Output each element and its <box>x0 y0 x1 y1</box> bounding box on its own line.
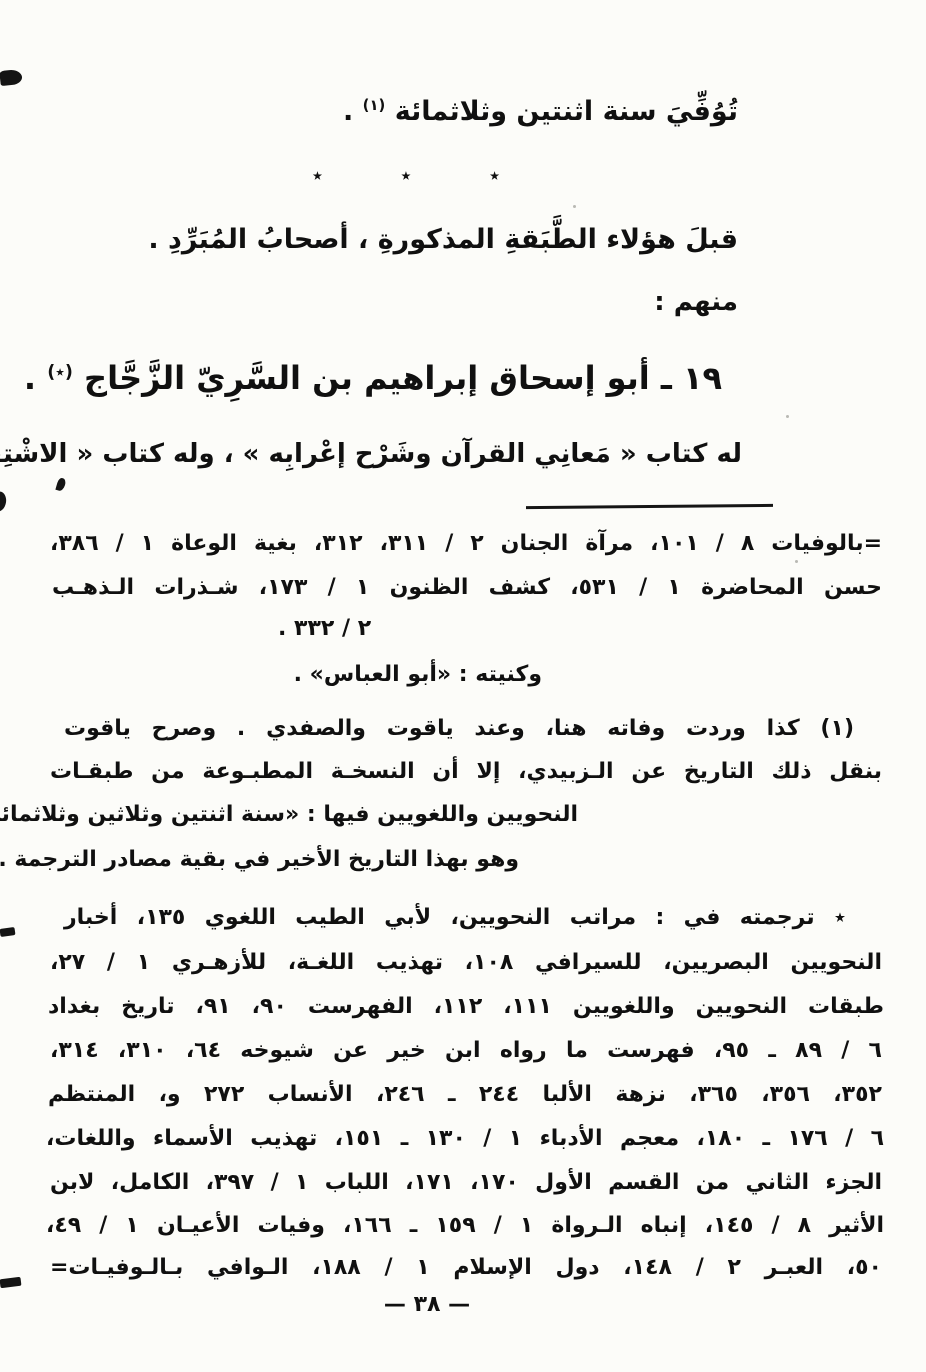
scanned-book-page: تُوُفِّيَ سنة اثنتين وثلاثمائة (١) . ٭ ٭… <box>0 0 926 1372</box>
page-number: — ٣٨ — <box>347 1292 507 1317</box>
tabaqa-intro-line: قبلَ هؤلاء الطَّبَقةِ المذكورةِ ، أصحابُ… <box>148 220 738 259</box>
footnote-1-reference-mark: (١) <box>363 96 386 114</box>
star-footnote-line-7: الجزء الثاني من القسم الأول ١٧٠، ١٧١، ال… <box>50 1166 882 1199</box>
star-footnote-line-6: ٦ / ١٧٦ ـ ١٨٠، معجم الأدباء ١ / ١٣٠ ـ ١٥… <box>46 1122 884 1155</box>
entry-number: ١٩ <box>683 359 722 397</box>
footnote-1-line-3: النحويين واللغويين فيها : «سنة اثنتين وث… <box>0 798 578 831</box>
entry-heading: ١٩ ـ أبو إسحاق إبراهيم بن السَّرِيّ الزَ… <box>24 355 722 401</box>
asterisk-icon: ٭ <box>312 163 323 187</box>
scan-speck <box>795 560 798 563</box>
death-year-text: تُوُفِّيَ سنة اثنتين وثلاثمائة <box>395 96 738 127</box>
star-footnote-line-9: ٥٠، العبـر ٢ / ١٤٨، دول الإسلام ١ / ١٨٨،… <box>50 1251 882 1284</box>
scan-speck <box>573 205 576 208</box>
footnote-1-line-1: (١) كذا وردت وفاته هنا، وعند ياقوت والصف… <box>64 712 854 745</box>
ink-mark <box>0 69 23 86</box>
asterisk-icon: ٭ <box>489 163 500 187</box>
scan-speck <box>786 415 789 418</box>
ink-mark <box>0 491 8 512</box>
footnote-continuation-line-3: ٢ / ٣٣٢ . <box>278 612 371 645</box>
footnote-1-line-4: وهو بهذا التاريخ الأخير في بقية مصادر ال… <box>0 843 519 876</box>
footnote-continuation-line-1: =بالوفيات ٨ / ١٠١، مرآة الجنان ٢ / ٣١١، … <box>50 527 882 560</box>
kunya-line: وكنيته : «أبو العباس» . <box>294 658 542 691</box>
ink-mark <box>0 1277 21 1288</box>
ink-mark <box>55 477 66 492</box>
star-footnote-line-5: ٣٥٢، ٣٥٦، ٣٦٥، نزهة الألبا ٢٤٤ ـ ٢٤٦، ال… <box>48 1078 882 1111</box>
minhum-label: منهم : <box>654 284 738 322</box>
footnote-1-line-2: بنقل ذلك التاريخ عن الـزبيدي، إلا أن الن… <box>50 755 882 788</box>
star-footnote-line-8: الأثير ٨ / ١٤٥، إنباه الـرواة ١ / ١٥٩ ـ … <box>46 1209 884 1242</box>
section-divider-asterisks: ٭ ٭ ٭ <box>312 163 500 187</box>
death-year-line: تُوُفِّيَ سنة اثنتين وثلاثمائة (١) . <box>343 92 738 131</box>
star-footnote-line-1: ٭ ترجمته في : مراتب النحويين، لأبي الطيب… <box>64 901 846 934</box>
ink-mark <box>0 927 15 937</box>
footnote-continuation-line-2: حسن المحاضرة ١ / ٥٣١، كشف الظنون ١ / ١٧٣… <box>52 571 882 604</box>
star-footnote-line-2: النحويين البصريين، للسيرافي ١٠٨، تهذيب ا… <box>50 946 882 979</box>
entry-heading-dash: ـ <box>661 359 672 397</box>
entry-name: أبو إسحاق إبراهيم بن السَّرِيّ الزَّجَّا… <box>84 359 650 397</box>
entry-heading-period: . <box>24 359 36 397</box>
works-line: له كتاب « مَعانِي القرآن وشَرْح إعْرابِه… <box>0 436 742 474</box>
death-year-period: . <box>343 96 353 127</box>
footnote-separator-rule <box>526 504 773 509</box>
star-footnote-line-4: ٦ / ٨٩ ـ ٩٥، فهرست ما رواه ابن خير عن شي… <box>50 1034 882 1067</box>
star-footnote-line-3: طبقات النحويين واللغويين ١١١، ١١٢، الفهر… <box>48 990 884 1023</box>
star-footnote-reference-mark: (٭) <box>47 362 73 382</box>
asterisk-icon: ٭ <box>401 163 412 187</box>
